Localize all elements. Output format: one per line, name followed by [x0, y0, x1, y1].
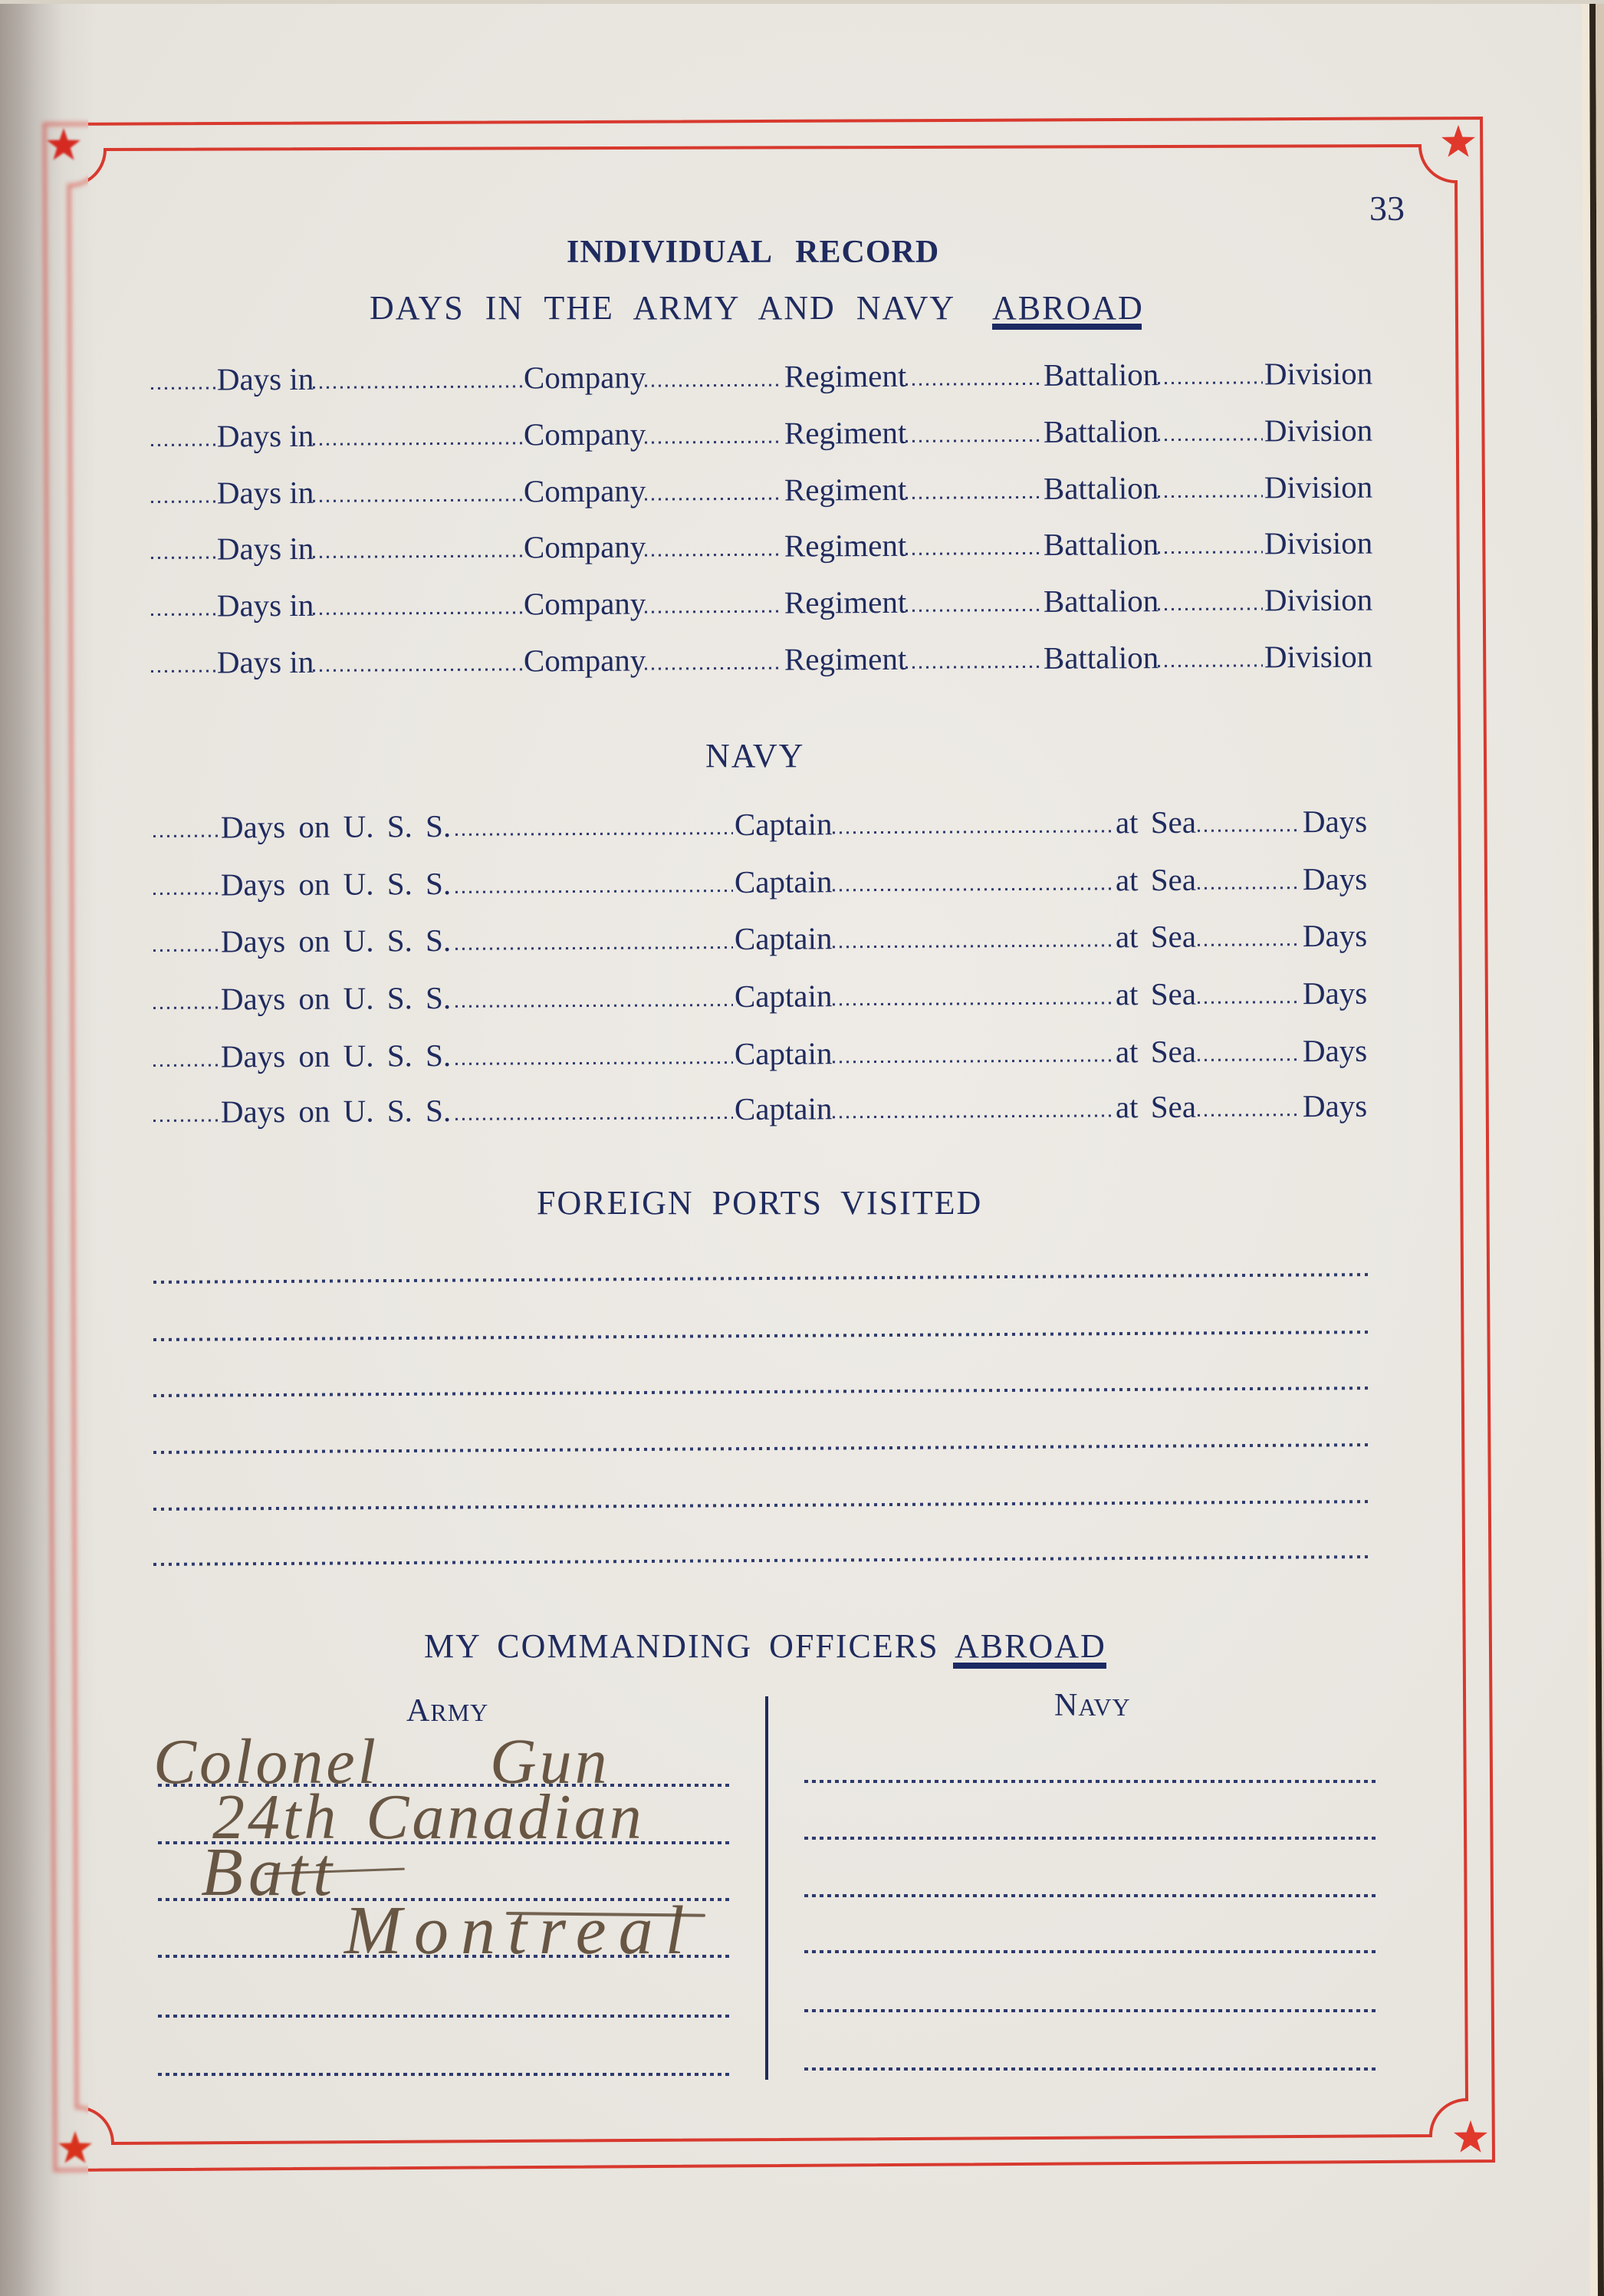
army-column-label: ARMY	[406, 1695, 488, 1727]
days-in-label: Days in	[217, 420, 314, 452]
dotted-leader	[153, 949, 219, 952]
at-sea-label: at Sea	[1116, 979, 1196, 1011]
division-label: Division	[1264, 528, 1372, 560]
days-in-label: Days in	[217, 477, 314, 509]
battalion-label: Battalion	[1044, 416, 1159, 448]
dotted-leader	[153, 1064, 219, 1067]
days-label: Days	[1303, 1035, 1367, 1067]
regiment-label: Regiment	[784, 530, 907, 562]
regiment-label: Regiment	[784, 587, 907, 619]
page-number: 33	[1369, 191, 1405, 226]
days-label: Days	[1303, 978, 1367, 1009]
company-label: Company	[524, 588, 646, 620]
army-record-row: Days in Company Regiment Battalion Divis…	[0, 552, 1604, 561]
handwritten-city: Montreal	[344, 1896, 697, 1965]
navy-section-heading: NAVY	[705, 739, 804, 773]
captain-label: Captain	[735, 808, 833, 840]
company-label: Company	[524, 419, 646, 451]
navy-officer-line	[804, 1837, 1379, 1840]
army-record-row: Days in Company Regiment Battalion Divis…	[0, 439, 1604, 448]
army-record-row: Days in Company Regiment Battalion Divis…	[0, 666, 1604, 674]
army-officer-line	[158, 2073, 730, 2076]
section-heading-abroad-emphasis: ABROAD	[992, 291, 1144, 325]
navy-officer-line	[804, 2067, 1379, 2071]
division-label: Division	[1264, 358, 1372, 390]
army-record-row: Days in Company Regiment Battalion Divis…	[0, 383, 1604, 391]
navy-record-row: Days on U. S. S. Captain at Sea Days	[0, 1115, 1604, 1123]
commanding-officers-abroad-emphasis: ABROAD	[955, 1630, 1106, 1663]
regiment-label: Regiment	[784, 643, 907, 676]
battalion-label: Battalion	[1044, 528, 1159, 561]
navy-officer-line	[804, 1950, 1379, 1953]
star-icon-bottom-right	[1454, 2120, 1487, 2153]
days-in-label: Days in	[217, 363, 314, 396]
section-heading-days-abroad: DAYS IN THE ARMY AND NAVY	[370, 291, 955, 325]
dotted-leader	[153, 1007, 219, 1009]
at-sea-label: at Sea	[1116, 921, 1196, 953]
division-label: Division	[1264, 641, 1372, 673]
division-label: Division	[1264, 472, 1372, 504]
days-label: Days	[1303, 1090, 1367, 1122]
page-title: INDIVIDUAL RECORD	[567, 236, 939, 268]
battalion-label: Battalion	[1044, 472, 1159, 505]
at-sea-label: at Sea	[1116, 864, 1196, 896]
division-label: Division	[1264, 584, 1372, 617]
navy-officer-line	[804, 1894, 1379, 1897]
emphasis-underline	[992, 324, 1142, 330]
navy-officer-line	[804, 1780, 1379, 1783]
days-on-uss-label: Days on U. S. S.	[221, 925, 451, 958]
navy-record-row: Days on U. S. S. Captain at Sea Days	[0, 888, 1604, 896]
star-icon-bottom-left	[58, 2131, 92, 2163]
company-label: Company	[524, 362, 646, 394]
division-label: Division	[1264, 415, 1372, 447]
navy-record-row: Days on U. S. S. Captain at Sea Days	[0, 945, 1604, 953]
days-on-uss-label: Days on U. S. S.	[221, 1040, 451, 1073]
company-label: Company	[524, 475, 646, 508]
dotted-leader	[151, 670, 215, 673]
navy-record-row: Days on U. S. S. Captain at Sea Days	[0, 1002, 1604, 1011]
dotted-leader	[151, 557, 215, 559]
captain-label: Captain	[735, 1038, 833, 1070]
company-label: Company	[524, 645, 646, 677]
foreign-ports-heading: FOREIGN PORTS VISITED	[537, 1186, 982, 1220]
days-on-uss-label: Days on U. S. S.	[221, 982, 451, 1015]
captain-label: Captain	[735, 980, 833, 1012]
dotted-leader	[151, 501, 215, 503]
regiment-label: Regiment	[784, 360, 907, 393]
captain-label: Captain	[735, 923, 833, 955]
dotted-leader	[151, 444, 215, 446]
battalion-label: Battalion	[1044, 585, 1159, 617]
star-icon-top-left	[47, 128, 81, 160]
army-record-row: Days in Company Regiment Battalion Divis…	[0, 609, 1604, 617]
regiment-label: Regiment	[784, 474, 907, 506]
regiment-label: Regiment	[784, 417, 907, 449]
days-on-uss-label: Days on U. S. S.	[221, 811, 451, 844]
days-in-label: Days in	[217, 646, 314, 679]
days-in-label: Days in	[217, 533, 314, 565]
battalion-label: Battalion	[1044, 359, 1159, 391]
dotted-leader	[151, 613, 215, 616]
commanding-officers-heading: MY COMMANDING OFFICERS	[424, 1630, 939, 1663]
days-on-uss-label: Days on U. S. S.	[221, 1095, 451, 1128]
captain-label: Captain	[735, 1093, 833, 1125]
dotted-leader	[153, 1120, 219, 1122]
navy-column-label: NAVY	[1054, 1689, 1131, 1722]
at-sea-label: at Sea	[1116, 1036, 1196, 1068]
emphasis-underline	[953, 1663, 1106, 1669]
days-in-label: Days in	[217, 590, 314, 622]
column-divider	[765, 1696, 768, 2080]
days-label: Days	[1303, 863, 1367, 895]
dotted-leader	[153, 835, 219, 837]
battalion-label: Battalion	[1044, 642, 1159, 674]
days-label: Days	[1303, 920, 1367, 952]
days-label: Days	[1303, 806, 1367, 837]
dotted-leader	[151, 387, 215, 390]
at-sea-label: at Sea	[1116, 807, 1196, 839]
navy-record-row: Days on U. S. S. Captain at Sea Days	[0, 1060, 1604, 1068]
days-on-uss-label: Days on U. S. S.	[221, 868, 451, 901]
star-icon-top-right	[1441, 125, 1475, 157]
army-officer-line	[158, 2015, 730, 2018]
dotted-leader	[153, 893, 219, 895]
navy-officer-line	[804, 2009, 1379, 2012]
company-label: Company	[524, 531, 646, 564]
navy-record-row: Days on U. S. S. Captain at Sea Days	[0, 831, 1604, 839]
at-sea-label: at Sea	[1116, 1091, 1196, 1123]
army-record-row: Days in Company Regiment Battalion Divis…	[0, 496, 1604, 505]
captain-label: Captain	[735, 866, 833, 898]
